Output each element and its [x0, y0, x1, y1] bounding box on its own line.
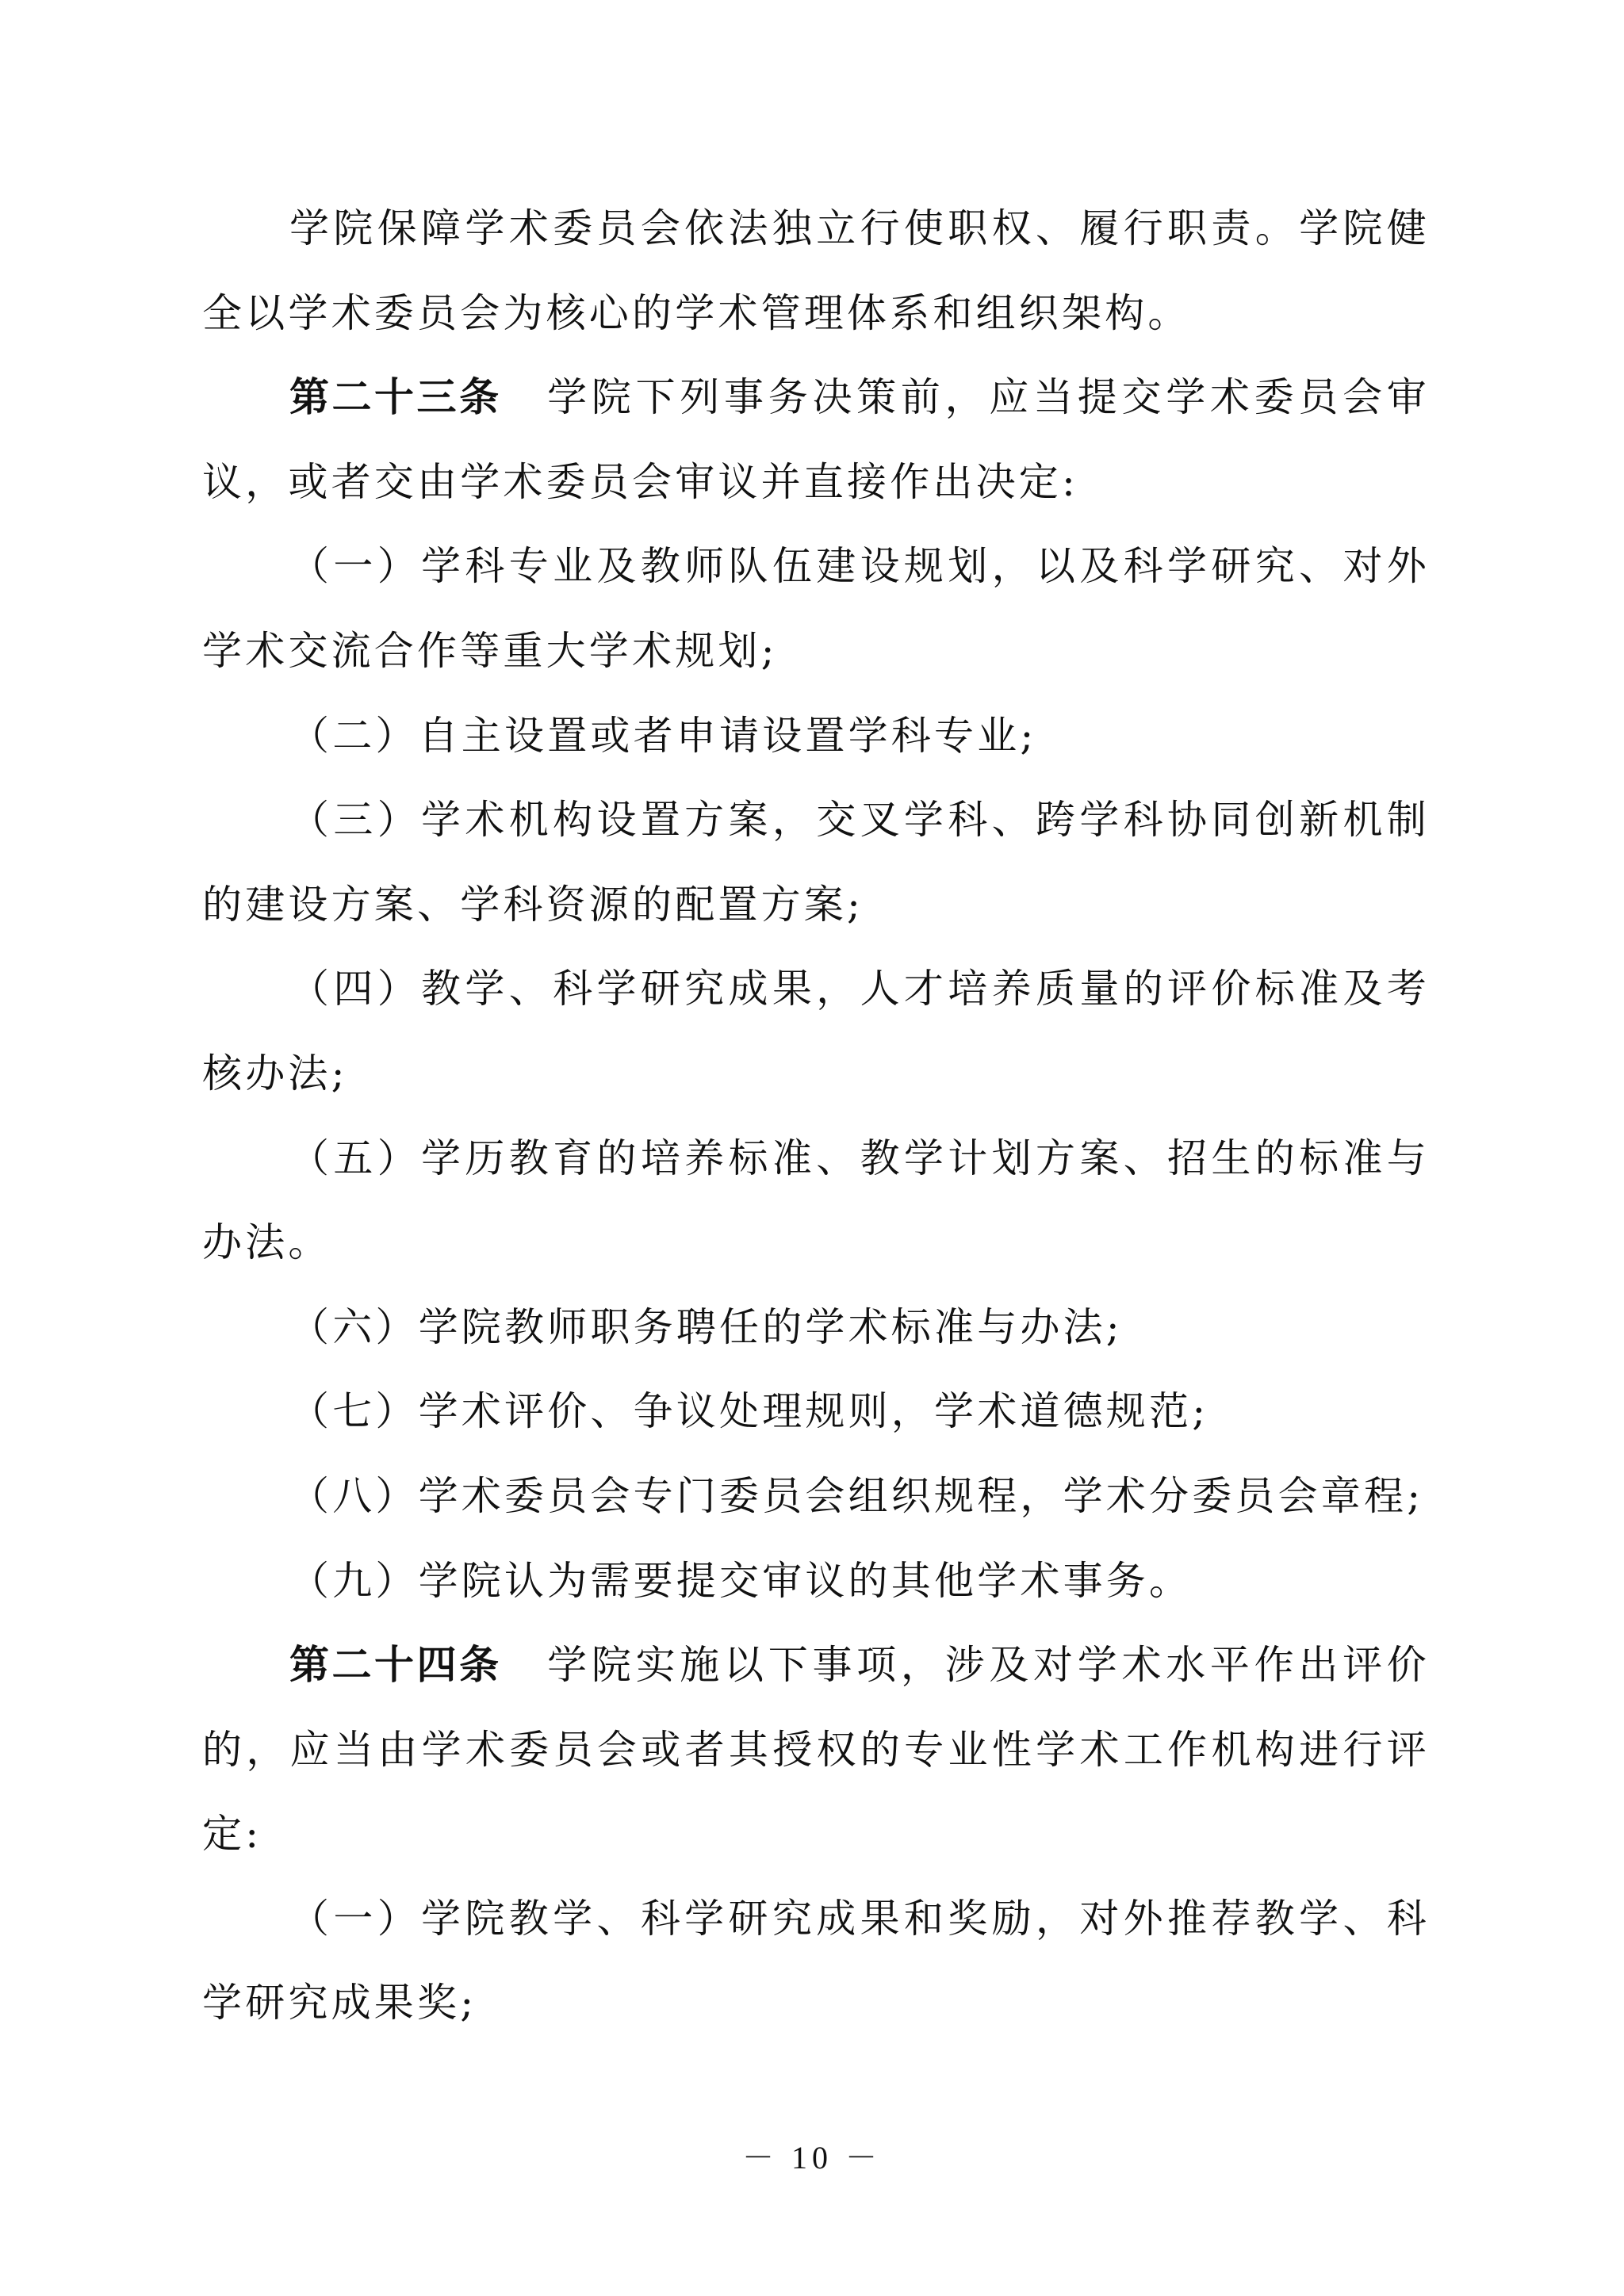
list-item-text: （六）学院教师职务聘任的学术标准与办法; [289, 1304, 1123, 1350]
list-item: （八）学术委员会专门委员会组织规程，学术分委员会章程; [202, 1454, 1430, 1539]
list-item: （一）学院教学、科学研究成果和奖励，对外推荐教学、科学研究成果奖; [202, 1877, 1430, 2045]
document-body: 学院保障学术委员会依法独立行使职权、履行职责。学院健全以学术委员会为核心的学术管… [202, 186, 1430, 2045]
article-title: 第二十三条 [289, 374, 502, 420]
page-number: － 10 － [0, 2133, 1624, 2178]
list-item: （二）自主设置或者申请设置学科专业; [202, 694, 1430, 779]
list-item-text: （一）学院教学、科学研究成果和奖励，对外推荐教学、科学研究成果奖; [202, 1896, 1430, 2026]
paragraph-text: 学院保障学术委员会依法独立行使职权、履行职责。学院健全以学术委员会为核心的学术管… [202, 205, 1430, 336]
paragraph-committee-independence: 学院保障学术委员会依法独立行使职权、履行职责。学院健全以学术委员会为核心的学术管… [202, 186, 1430, 355]
list-item: （五）学历教育的培养标准、教学计划方案、招生的标准与办法。 [202, 1116, 1430, 1285]
list-item: （七）学术评价、争议处理规则，学术道德规范; [202, 1369, 1430, 1454]
list-item-text: （八）学术委员会专门委员会组织规程，学术分委员会章程; [289, 1473, 1423, 1519]
list-item-text: （九）学院认为需要提交审议的其他学术事务。 [289, 1558, 1192, 1604]
article-24: 第二十四条学院实施以下事项，涉及对学术水平作出评价的，应当由学术委员会或者其授权… [202, 1623, 1430, 1877]
list-item-text: （七）学术评价、争议处理规则，学术道德规范; [289, 1388, 1208, 1434]
list-item-text: （二）自主设置或者申请设置学科专业; [289, 713, 1036, 759]
list-item-text: （五）学历教育的培养标准、教学计划方案、招生的标准与办法。 [202, 1135, 1430, 1266]
list-item-text: （四）教学、科学研究成果，人才培养质量的评价标准及考核办法; [202, 966, 1430, 1096]
article-title: 第二十四条 [289, 1642, 502, 1688]
article-23: 第二十三条学院下列事务决策前，应当提交学术委员会审议，或者交由学术委员会审议并直… [202, 355, 1430, 524]
list-item: （一）学科专业及教师队伍建设规划，以及科学研究、对外学术交流合作等重大学术规划; [202, 524, 1430, 693]
list-item-text: （一）学科专业及教师队伍建设规划，以及科学研究、对外学术交流合作等重大学术规划; [202, 543, 1430, 674]
list-item: （九）学院认为需要提交审议的其他学术事务。 [202, 1539, 1430, 1624]
list-item: （三）学术机构设置方案，交叉学科、跨学科协同创新机制的建设方案、学科资源的配置方… [202, 778, 1430, 947]
list-item-text: （三）学术机构设置方案，交叉学科、跨学科协同创新机制的建设方案、学科资源的配置方… [202, 797, 1430, 928]
list-item: （四）教学、科学研究成果，人才培养质量的评价标准及考核办法; [202, 947, 1430, 1115]
list-item: （六）学院教师职务聘任的学术标准与办法; [202, 1285, 1430, 1370]
document-page: 学院保障学术委员会依法独立行使职权、履行职责。学院健全以学术委员会为核心的学术管… [0, 0, 1624, 2296]
